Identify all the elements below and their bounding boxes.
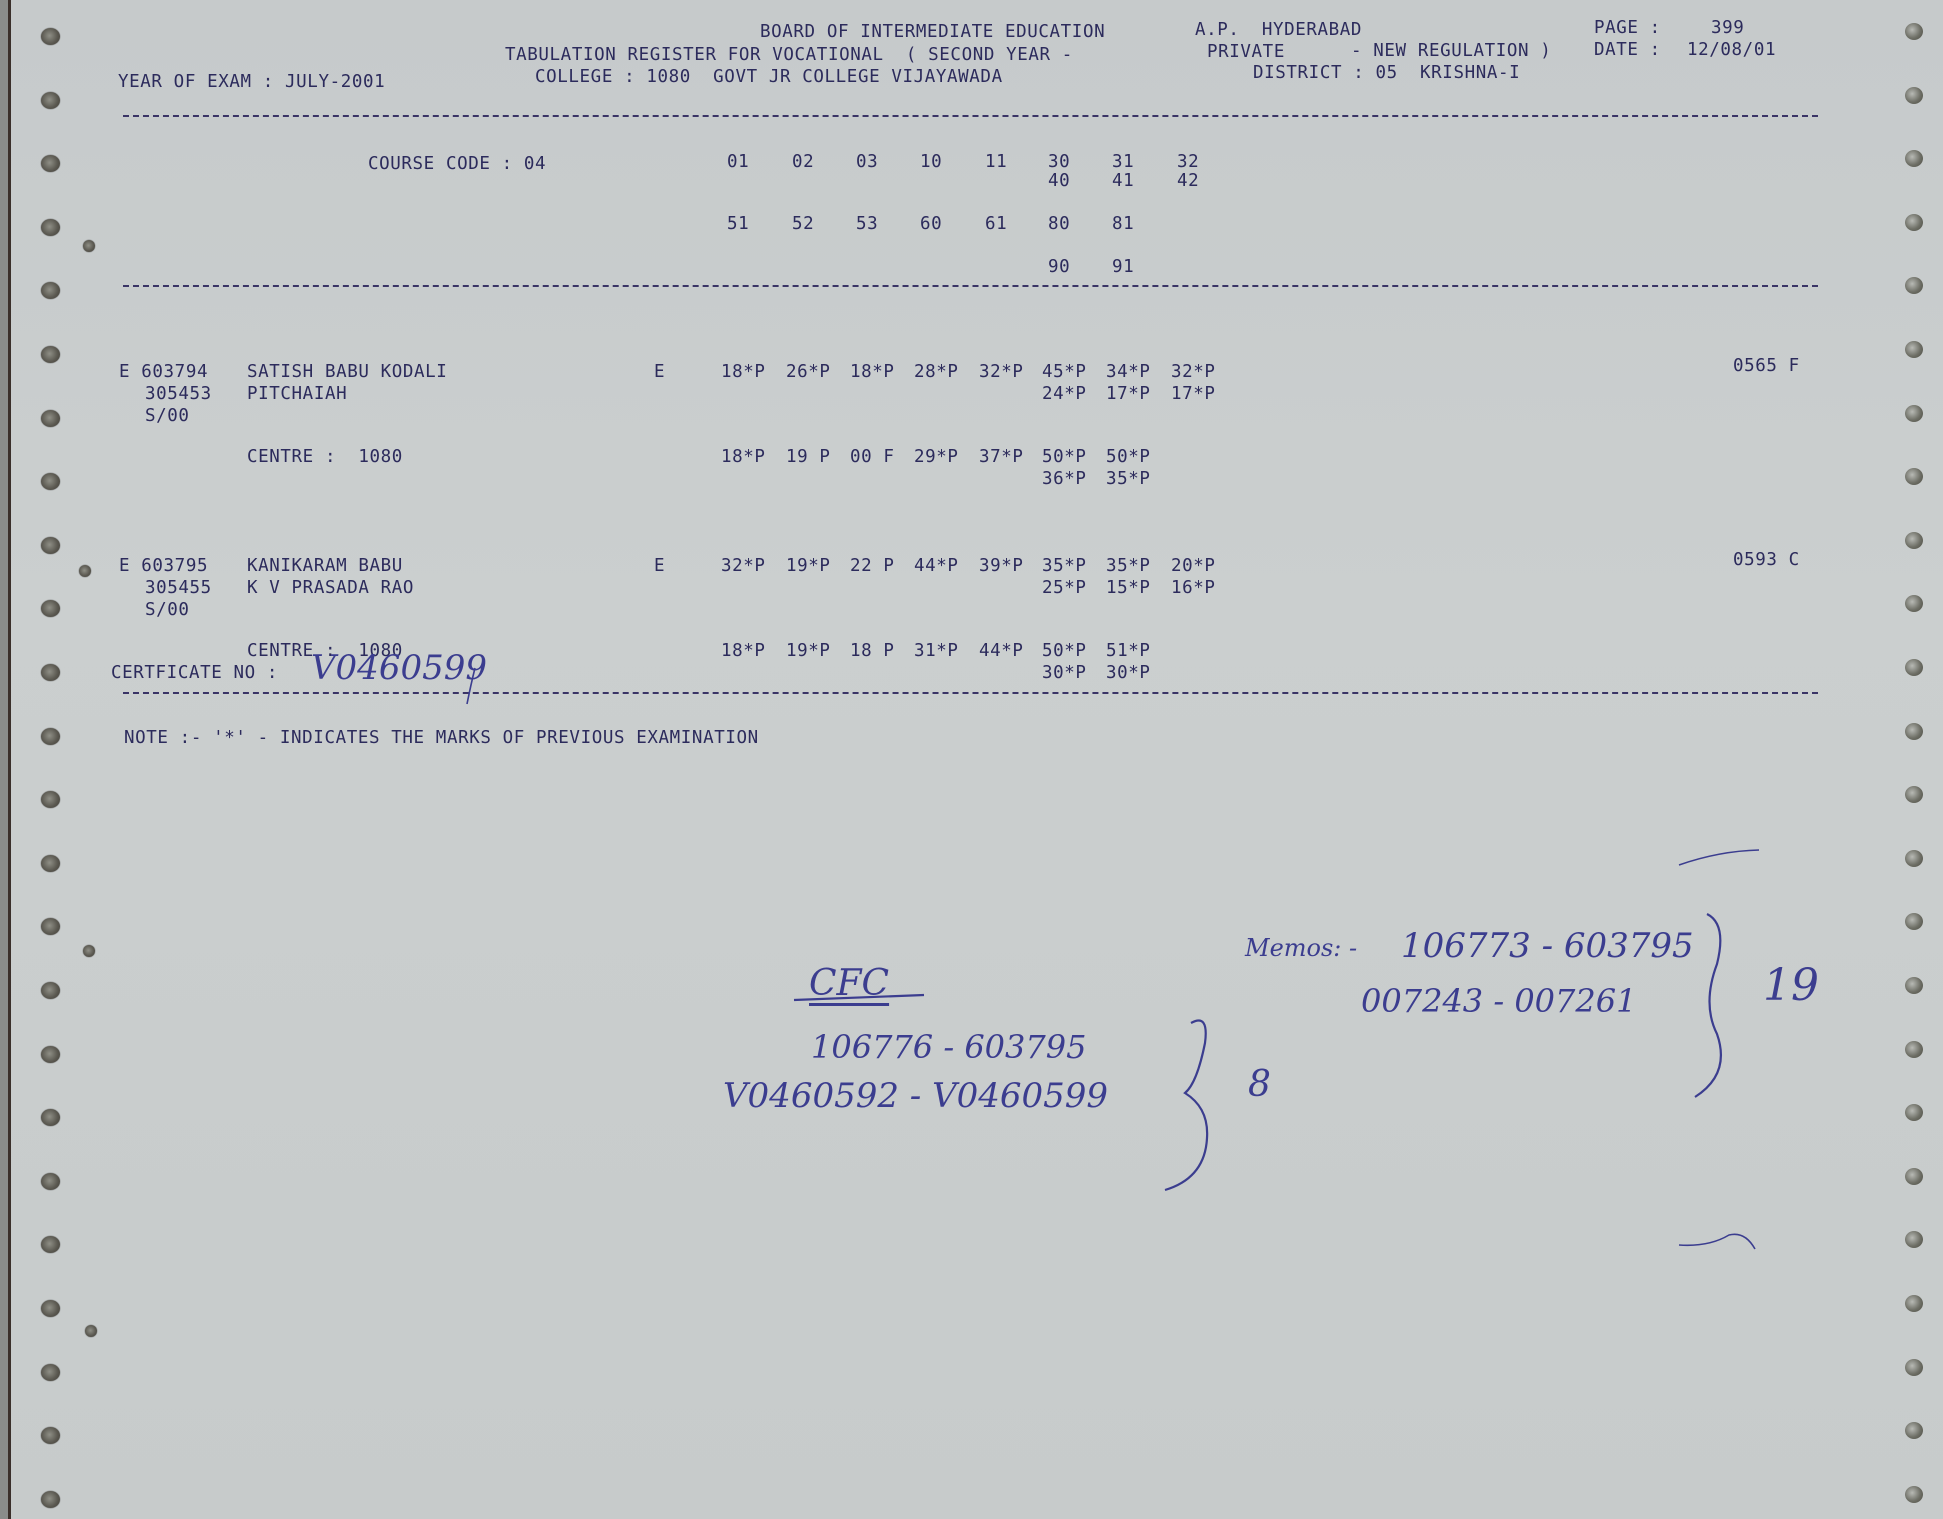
certificate-number-handwritten: V0460599 <box>311 648 487 688</box>
father-name: PITCHAIAH <box>247 384 347 404</box>
student-name: KANIKARAM BABU <box>247 556 403 576</box>
feed-hole <box>1905 1168 1923 1185</box>
subject-code: 81 <box>1112 214 1134 234</box>
page-number: 399 <box>1711 18 1744 38</box>
subject-code: 91 <box>1112 257 1134 277</box>
subject-mark: 18*P <box>850 362 895 382</box>
subject-mark: 50*P <box>1042 641 1087 661</box>
memo-range-2: 007243 - 007261 <box>1361 982 1636 1020</box>
separator-line <box>123 115 1818 117</box>
regulation: - NEW REGULATION ) <box>1351 41 1551 61</box>
subject-code: 53 <box>856 214 878 234</box>
subject-mark: 32*P <box>721 556 766 576</box>
feed-hole <box>41 537 60 554</box>
register-title: TABULATION REGISTER FOR VOCATIONAL ( SEC… <box>505 45 1073 65</box>
subject-code: 31 <box>1112 152 1134 172</box>
subject-mark: 20*P <box>1171 556 1216 576</box>
subject-mark: 17*P <box>1171 384 1216 404</box>
feed-hole <box>1905 341 1923 358</box>
feed-hole <box>41 219 60 236</box>
board-title: BOARD OF INTERMEDIATE EDUCATION <box>760 22 1105 42</box>
certificate-label: CERTFICATE NO : <box>111 663 278 683</box>
feed-hole <box>1905 405 1923 422</box>
total-and-result: 0593 C <box>1733 550 1800 570</box>
feed-hole <box>41 1491 60 1508</box>
cfc-range-2: V0460592 - V0460599 <box>723 1076 1108 1116</box>
feed-hole <box>1905 659 1923 676</box>
feed-hole <box>1905 1359 1923 1376</box>
feed-hole <box>41 155 60 172</box>
feed-hole <box>41 918 60 935</box>
candidate-category: PRIVATE <box>1207 42 1285 62</box>
subject-mark: 35*P <box>1106 556 1151 576</box>
subject-code: 10 <box>920 152 942 172</box>
subject-mark: 44*P <box>914 556 959 576</box>
feed-hole <box>1905 214 1923 231</box>
feed-hole <box>1905 1422 1923 1439</box>
feed-hole <box>1905 87 1923 104</box>
feed-hole <box>41 346 60 363</box>
subject-mark: 51*P <box>1106 641 1151 661</box>
separator-line <box>123 285 1818 287</box>
subject-code: 61 <box>985 214 1007 234</box>
subject-mark: 16*P <box>1171 578 1216 598</box>
feed-hole <box>41 1364 60 1381</box>
subject-mark: 35*P <box>1106 469 1151 489</box>
status-code: S/00 <box>145 600 190 620</box>
feed-hole <box>41 1427 60 1444</box>
feed-hole <box>1905 23 1923 40</box>
year-of-exam: YEAR OF EXAM : JULY-2001 <box>118 72 385 92</box>
medium: E <box>654 362 665 382</box>
subject-code: 11 <box>985 152 1007 172</box>
registration-number: 305455 <box>145 578 212 598</box>
memo-count: 19 <box>1763 960 1819 1011</box>
subject-code: 02 <box>792 152 814 172</box>
subject-mark: 44*P <box>979 641 1024 661</box>
subject-mark: 39*P <box>979 556 1024 576</box>
subject-mark: 18 P <box>850 641 895 661</box>
feed-hole <box>1905 850 1923 867</box>
student-name: SATISH BABU KODALI <box>247 362 447 382</box>
feed-hole <box>41 600 60 617</box>
memo-label: Memos: - <box>1245 934 1357 962</box>
feed-hole <box>41 1236 60 1253</box>
feed-hole <box>1905 786 1923 803</box>
punch-mark <box>83 240 95 252</box>
print-date: 12/08/01 <box>1687 40 1776 60</box>
subject-mark: 29*P <box>914 447 959 467</box>
cfc-range-1: 106776 - 603795 <box>811 1028 1086 1066</box>
hall-ticket-number: E 603795 <box>119 556 208 576</box>
feed-hole <box>1905 1231 1923 1248</box>
subject-mark: 15*P <box>1106 578 1151 598</box>
cfc-heading: CFC <box>809 963 889 1004</box>
feed-hole <box>41 855 60 872</box>
subject-mark: 18*P <box>721 362 766 382</box>
feed-hole <box>41 1173 60 1190</box>
subject-code: 41 <box>1112 171 1134 191</box>
father-name: K V PRASADA RAO <box>247 578 414 598</box>
feed-hole <box>1905 913 1923 930</box>
district-info: DISTRICT : 05 KRISHNA-I <box>1253 63 1520 83</box>
total-and-result: 0565 F <box>1733 356 1800 376</box>
subject-mark: 25*P <box>1042 578 1087 598</box>
punch-mark <box>79 565 91 577</box>
subject-code: 51 <box>727 214 749 234</box>
feed-hole <box>41 410 60 427</box>
subject-code: 90 <box>1048 257 1070 277</box>
feed-hole <box>41 473 60 490</box>
subject-mark: 22 P <box>850 556 895 576</box>
feed-hole <box>1905 1295 1923 1312</box>
subject-code: 40 <box>1048 171 1070 191</box>
subject-mark: 45*P <box>1042 362 1087 382</box>
subject-code: 30 <box>1048 152 1070 172</box>
feed-hole <box>41 28 60 45</box>
subject-mark: 50*P <box>1042 447 1087 467</box>
feed-hole <box>41 791 60 808</box>
footnote: NOTE :- '*' - INDICATES THE MARKS OF PRE… <box>124 728 759 748</box>
subject-mark: 00 F <box>850 447 895 467</box>
status-code: S/00 <box>145 406 190 426</box>
subject-mark: 28*P <box>914 362 959 382</box>
date-label: DATE : <box>1594 40 1661 60</box>
subject-mark: 34*P <box>1106 362 1151 382</box>
subject-mark: 36*P <box>1042 469 1087 489</box>
subject-code: 60 <box>920 214 942 234</box>
subject-code: 42 <box>1177 171 1199 191</box>
subject-mark: 50*P <box>1106 447 1151 467</box>
subject-mark: 32*P <box>1171 362 1216 382</box>
feed-hole <box>41 982 60 999</box>
subject-mark: 31*P <box>914 641 959 661</box>
college-info: COLLEGE : 1080 GOVT JR COLLEGE VIJAYAWAD… <box>535 67 1003 87</box>
subject-mark: 18*P <box>721 641 766 661</box>
subject-mark: 19*P <box>786 641 831 661</box>
feed-hole <box>1905 595 1923 612</box>
subject-mark: 18*P <box>721 447 766 467</box>
punch-mark <box>83 945 95 957</box>
registration-number: 305453 <box>145 384 212 404</box>
feed-hole <box>1905 468 1923 485</box>
exam-centre: CENTRE : 1080 <box>247 447 403 467</box>
cfc-count: 8 <box>1248 1064 1271 1105</box>
subject-mark: 26*P <box>786 362 831 382</box>
feed-hole <box>41 1046 60 1063</box>
feed-hole <box>1905 532 1923 549</box>
subject-mark: 35*P <box>1042 556 1087 576</box>
pen-strokes <box>11 0 1943 1519</box>
feed-hole <box>1905 1041 1923 1058</box>
board-location: A.P. HYDERABAD <box>1195 20 1362 40</box>
subject-mark: 30*P <box>1042 663 1087 683</box>
feed-hole <box>41 1300 60 1317</box>
feed-hole <box>41 1109 60 1126</box>
subject-mark: 32*P <box>979 362 1024 382</box>
subject-code: 52 <box>792 214 814 234</box>
subject-mark: 37*P <box>979 447 1024 467</box>
feed-hole <box>1905 1104 1923 1121</box>
subject-mark: 24*P <box>1042 384 1087 404</box>
subject-code: 01 <box>727 152 749 172</box>
subject-code: 03 <box>856 152 878 172</box>
feed-hole <box>1905 1486 1923 1503</box>
punch-mark <box>85 1325 97 1337</box>
feed-hole <box>41 728 60 745</box>
subject-mark: 17*P <box>1106 384 1151 404</box>
subject-code: 32 <box>1177 152 1199 172</box>
hall-ticket-number: E 603794 <box>119 362 208 382</box>
feed-hole <box>41 664 60 681</box>
subject-mark: 30*P <box>1106 663 1151 683</box>
course-code: COURSE CODE : 04 <box>368 154 546 174</box>
page-label: PAGE : <box>1594 18 1661 38</box>
feed-hole <box>41 282 60 299</box>
feed-hole <box>1905 977 1923 994</box>
feed-hole <box>1905 277 1923 294</box>
feed-hole <box>1905 150 1923 167</box>
tabulation-register-sheet: BOARD OF INTERMEDIATE EDUCATION A.P. HYD… <box>8 0 1943 1519</box>
subject-mark: 19 P <box>786 447 831 467</box>
medium: E <box>654 556 665 576</box>
separator-line <box>123 692 1818 694</box>
feed-hole <box>1905 723 1923 740</box>
subject-code: 80 <box>1048 214 1070 234</box>
subject-mark: 19*P <box>786 556 831 576</box>
feed-hole <box>41 92 60 109</box>
memo-range-1: 106773 - 603795 <box>1401 926 1694 966</box>
